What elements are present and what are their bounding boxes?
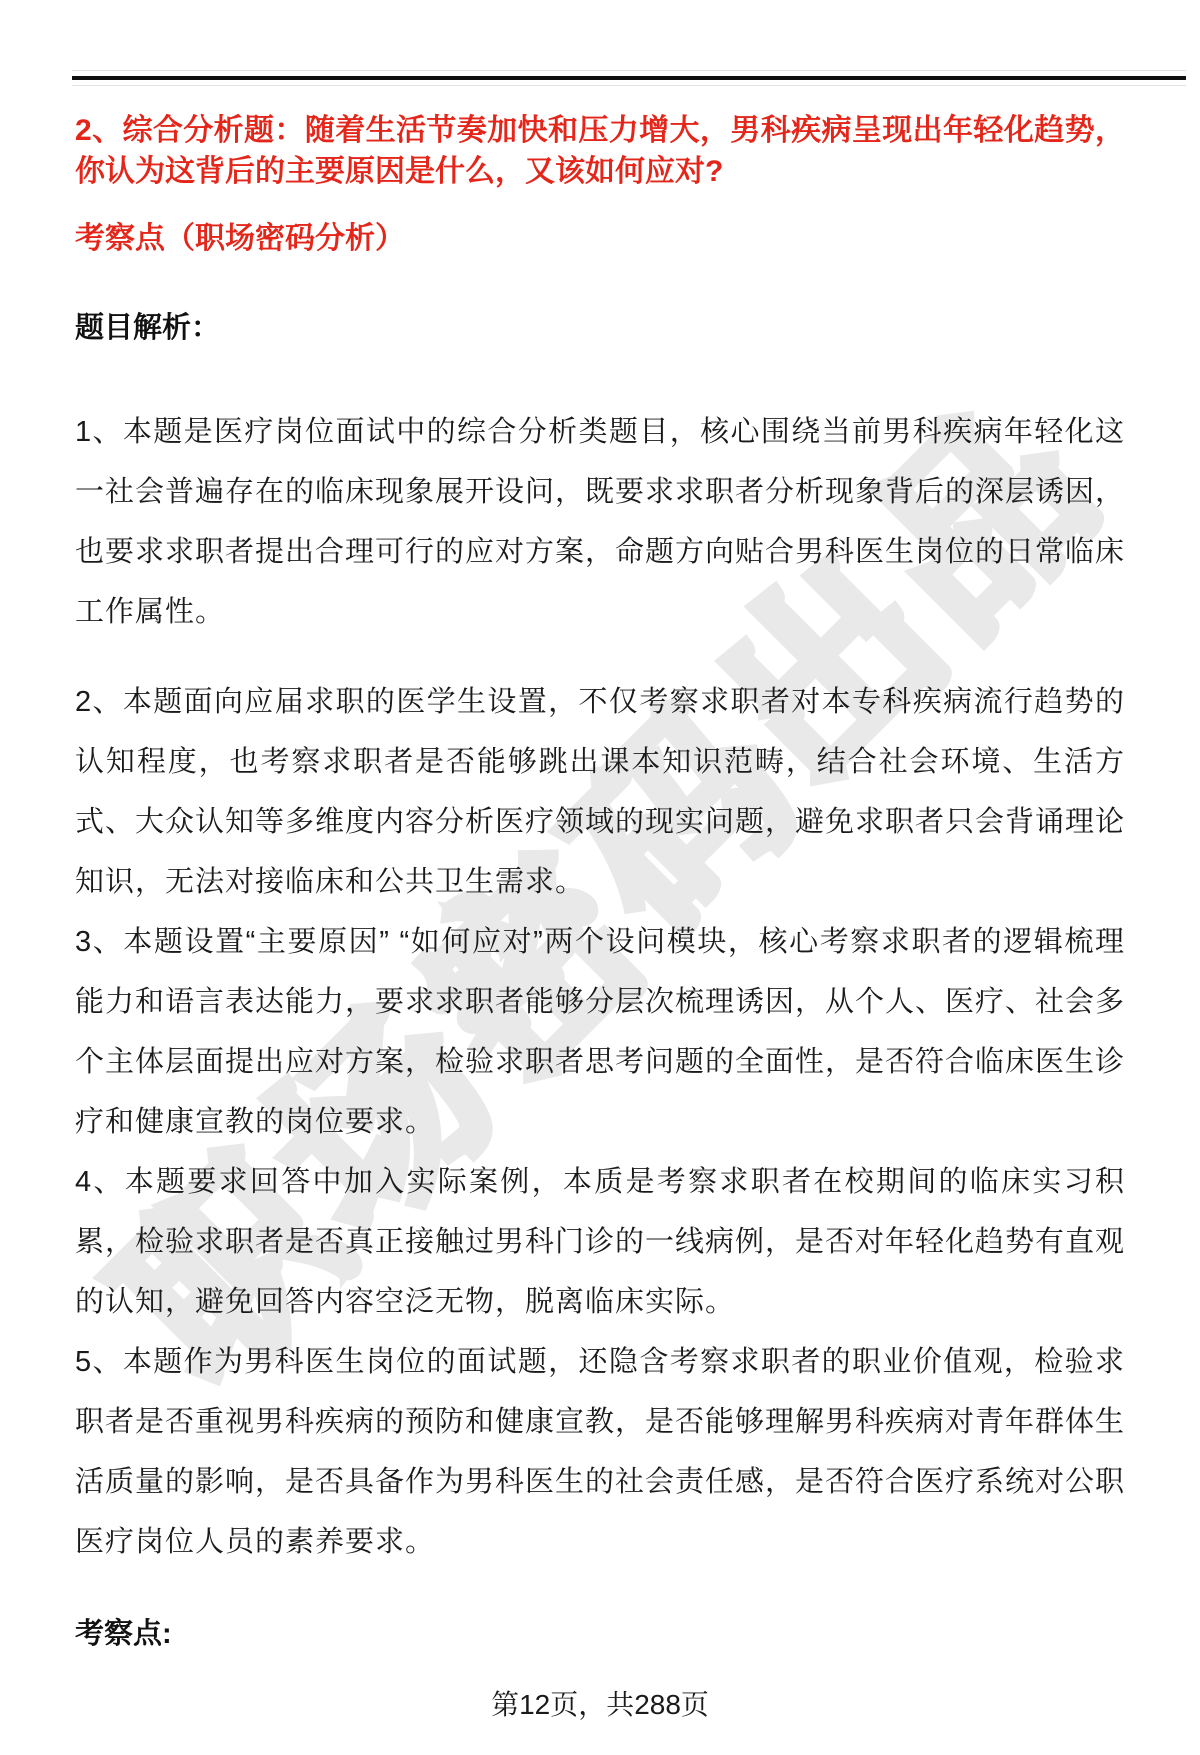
page-number-footer: 第12页，共288页 <box>0 1685 1200 1725</box>
divider-thin-line-top <box>72 70 1186 71</box>
divider-thin-line-bottom <box>72 85 1186 86</box>
document-page: 职场密码出品 2、综合分析题：随着生活节奏加快和压力增大，男科疾病呈现出年轻化趋… <box>0 0 1200 1755</box>
top-divider-rule <box>72 70 1186 86</box>
analysis-paragraph-5: 5、本题作为男科医生岗位的面试题，还隐含考察求职者的职业价值观，检验求职者是否重… <box>75 1332 1125 1572</box>
analysis-paragraph-1: 1、本题是医疗岗位面试中的综合分析类题目，核心围绕当前男科疾病年轻化这一社会普遍… <box>75 402 1125 642</box>
exam-point-header: 考察点（职场密码分析） <box>75 218 1125 260</box>
question-heading: 2、综合分析题：随着生活节奏加快和压力增大，男科疾病呈现出年轻化趋势，你认为这背… <box>75 110 1125 192</box>
divider-thick-line <box>72 76 1186 80</box>
page-content: 2、综合分析题：随着生活节奏加快和压力增大，男科疾病呈现出年轻化趋势，你认为这背… <box>0 0 1200 1755</box>
analysis-paragraph-3: 3、本题设置“主要原因” “如何应对”两个设问模块，核心考察求职者的逻辑梳理能力… <box>75 912 1125 1152</box>
analysis-section-heading: 题目解析： <box>75 306 1125 350</box>
exam-point-bottom-heading: 考察点: <box>75 1612 1125 1656</box>
analysis-paragraph-2: 2、本题面向应届求职的医学生设置，不仅考察求职者对本专科疾病流行趋势的认知程度，… <box>75 672 1125 912</box>
analysis-paragraph-4: 4、本题要求回答中加入实际案例，本质是考察求职者在校期间的临床实习积累，检验求职… <box>75 1152 1125 1332</box>
